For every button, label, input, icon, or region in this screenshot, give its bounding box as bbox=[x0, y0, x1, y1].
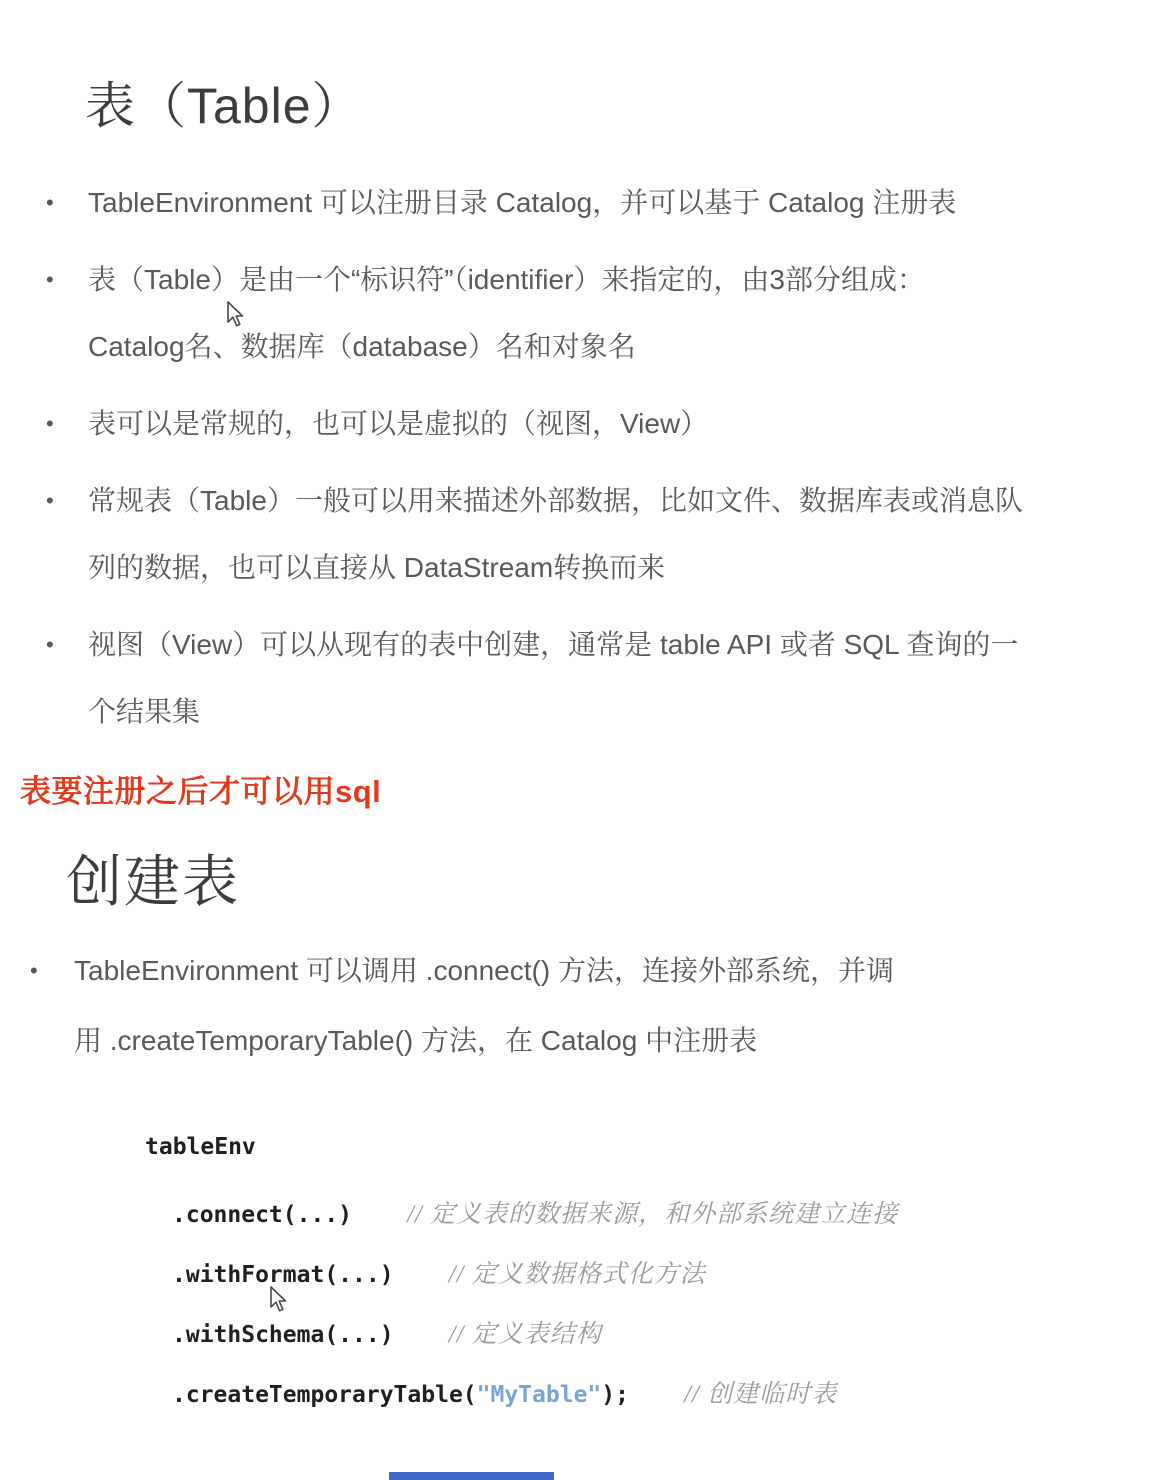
code-line: .createTemporaryTable("MyTable"); // 创建临… bbox=[145, 1374, 898, 1402]
bullet-icon: • bbox=[44, 467, 88, 601]
code-line: .withSchema(...) // 定义表结构 bbox=[145, 1314, 898, 1342]
bullet-line: 列的数据，也可以直接从 DataStream转换而来 bbox=[88, 534, 1023, 601]
code-text: .createTemporaryTable( bbox=[172, 1382, 477, 1408]
code-line: .connect(...) // 定义表的数据来源，和外部系统建立连接 bbox=[145, 1194, 898, 1222]
code-string-literal: "MyTable" bbox=[477, 1382, 602, 1408]
create-table-bullet-list: • TableEnvironment 可以调用 .connect() 方法，连接… bbox=[28, 936, 1038, 1086]
slide-title-create-table: 创建表 bbox=[66, 838, 240, 918]
code-snippet: tableEnv .connect(...) // 定义表的数据来源，和外部系统… bbox=[145, 1134, 898, 1434]
table-bullet-list: • TableEnvironment 可以注册目录 Catalog，并可以基于 … bbox=[44, 169, 1139, 755]
list-item: • 常规表（Table）一般可以用来描述外部数据，比如文件、数据库表或消息队 列… bbox=[44, 467, 1139, 601]
code-comment: // 创建临时表 bbox=[684, 1374, 837, 1410]
list-item: • 表可以是常规的，也可以是虚拟的（视图，View） bbox=[44, 390, 1139, 457]
bullet-line: 视图（View）可以从现有的表中创建，通常是 table API 或者 SQL … bbox=[88, 611, 1018, 678]
list-item: • TableEnvironment 可以注册目录 Catalog，并可以基于 … bbox=[44, 169, 1139, 236]
bullet-line: 表可以是常规的，也可以是虚拟的（视图，View） bbox=[88, 390, 708, 457]
red-note-text: 表要注册之后才可以用sql bbox=[20, 766, 381, 811]
code-comment: // 定义数据格式化方法 bbox=[449, 1254, 706, 1290]
video-progress-bar[interactable] bbox=[389, 1472, 554, 1480]
bullet-icon: • bbox=[28, 936, 74, 1076]
bullet-line: 个结果集 bbox=[88, 678, 1018, 745]
code-text: .withFormat(...) bbox=[172, 1262, 394, 1288]
code-line: tableEnv bbox=[145, 1134, 898, 1162]
code-text: ); bbox=[601, 1382, 629, 1408]
code-text: .withSchema(...) bbox=[172, 1322, 394, 1348]
bullet-icon: • bbox=[44, 390, 88, 457]
bullet-line: TableEnvironment 可以调用 .connect() 方法，连接外部… bbox=[74, 936, 894, 1006]
mouse-cursor-icon bbox=[225, 301, 246, 334]
list-item: • 视图（View）可以从现有的表中创建，通常是 table API 或者 SQ… bbox=[44, 611, 1139, 745]
slide-title-table: 表（Table） bbox=[85, 66, 363, 138]
list-item: • 表（Table）是由一个“标识符”（identifier）来指定的，由3部分… bbox=[44, 246, 1139, 380]
code-comment: // 定义表结构 bbox=[449, 1314, 602, 1350]
list-item: • TableEnvironment 可以调用 .connect() 方法，连接… bbox=[28, 936, 1038, 1076]
code-line: .withFormat(...) // 定义数据格式化方法 bbox=[145, 1254, 898, 1282]
bullet-icon: • bbox=[44, 611, 88, 745]
code-comment: // 定义表的数据来源，和外部系统建立连接 bbox=[407, 1194, 898, 1230]
bullet-icon: • bbox=[44, 169, 88, 236]
bullet-icon: • bbox=[44, 246, 88, 380]
bullet-line: Catalog名、数据库（database）名和对象名 bbox=[88, 313, 925, 380]
mouse-cursor-icon bbox=[268, 1286, 289, 1319]
bullet-line: 表（Table）是由一个“标识符”（identifier）来指定的，由3部分组成… bbox=[88, 246, 925, 313]
bullet-line: TableEnvironment 可以注册目录 Catalog，并可以基于 Ca… bbox=[88, 169, 956, 236]
code-text: tableEnv bbox=[145, 1134, 256, 1160]
bullet-line: 用 .createTemporaryTable() 方法，在 Catalog 中… bbox=[74, 1006, 894, 1076]
bullet-line: 常规表（Table）一般可以用来描述外部数据，比如文件、数据库表或消息队 bbox=[88, 467, 1023, 534]
code-text: .connect(...) bbox=[172, 1202, 352, 1228]
